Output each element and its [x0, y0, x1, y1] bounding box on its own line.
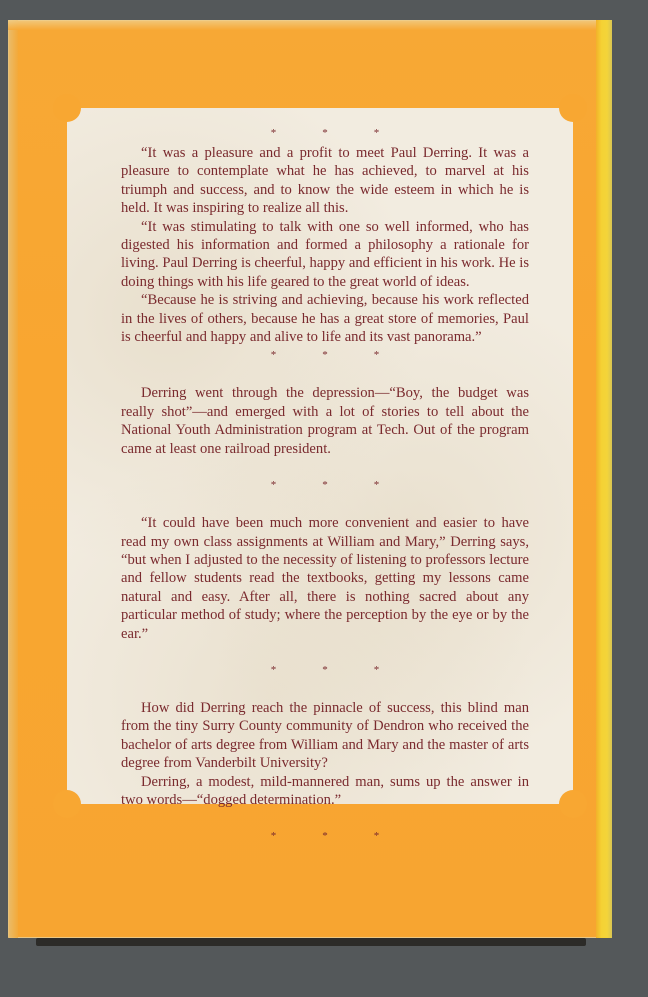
panel-corner-notch: [53, 790, 81, 818]
paragraph: “It was a pleasure and a profit to meet …: [121, 144, 529, 218]
panel-corner-notch: [53, 94, 81, 122]
section-separator: ***: [121, 126, 529, 140]
section-separator: ***: [121, 663, 529, 677]
panel-corner-notch: [559, 790, 587, 818]
paragraph: Derring, a modest, mild-mannered man, su…: [121, 773, 529, 810]
section-separator: ***: [121, 478, 529, 492]
section-separator: ***: [121, 348, 529, 362]
blurb-text: *** “It was a pleasure and a profit to m…: [121, 122, 529, 847]
paragraph: “It could have been much more convenient…: [121, 514, 529, 643]
paragraph: Derring went through the depression—“Boy…: [121, 384, 529, 458]
section-separator: ***: [121, 829, 529, 843]
paragraph: “Because he is striving and achieving, b…: [121, 291, 529, 346]
paragraph: How did Derring reach the pinnacle of su…: [121, 699, 529, 773]
spine-strip: [596, 20, 612, 938]
book-shadow: [36, 938, 586, 946]
jacket-top-edge: [8, 20, 612, 30]
paragraph: “It was stimulating to talk with one so …: [121, 218, 529, 292]
text-panel: *** “It was a pleasure and a profit to m…: [67, 108, 573, 804]
jacket-left-edge: [8, 20, 18, 938]
panel-corner-notch: [559, 94, 587, 122]
